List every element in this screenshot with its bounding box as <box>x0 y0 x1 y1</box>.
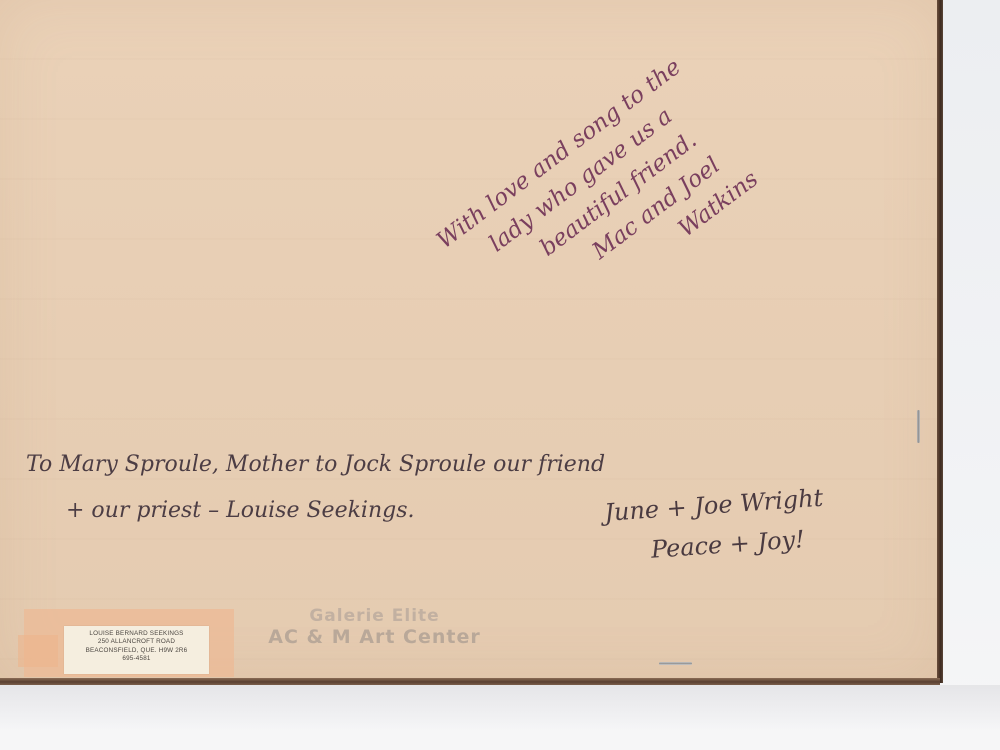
gallery-stamp-center: AC & M Art Center <box>252 626 497 648</box>
address-city: BEACONSFIELD, QUE. H9W 2R6 <box>64 647 209 655</box>
seekings-dedication: To Mary Sproule, Mother to Jock Sproule … <box>26 440 605 536</box>
dedication-line: + our priest – Louise Seekings. <box>26 486 605 536</box>
address-street: 250 ALLANCROFT ROAD <box>64 638 209 646</box>
floor-shadow <box>0 685 1000 750</box>
staple-icon <box>659 662 692 665</box>
photo-scene: With love and song to the lady who gave … <box>0 0 1000 750</box>
frame-bottom-edge <box>0 678 940 685</box>
gallery-stamp-name: Galerie Elite <box>252 606 497 626</box>
address-name: LOUISE BERNARD SEEKINGS <box>64 630 209 638</box>
address-phone: 695-4581 <box>64 655 209 663</box>
address-label: LOUISE BERNARD SEEKINGS 250 ALLANCROFT R… <box>64 626 209 674</box>
wright-signature: June + Joe Wright Peace + Joy! <box>603 478 827 573</box>
dedication-line: To Mary Sproule, Mother to Jock Sproule … <box>26 440 605 490</box>
frame-right-edge <box>937 0 943 683</box>
gallery-stamp: Galerie Elite AC & M Art Center <box>252 606 497 648</box>
artwork-backing-board <box>0 0 940 683</box>
staple-icon <box>917 410 920 443</box>
